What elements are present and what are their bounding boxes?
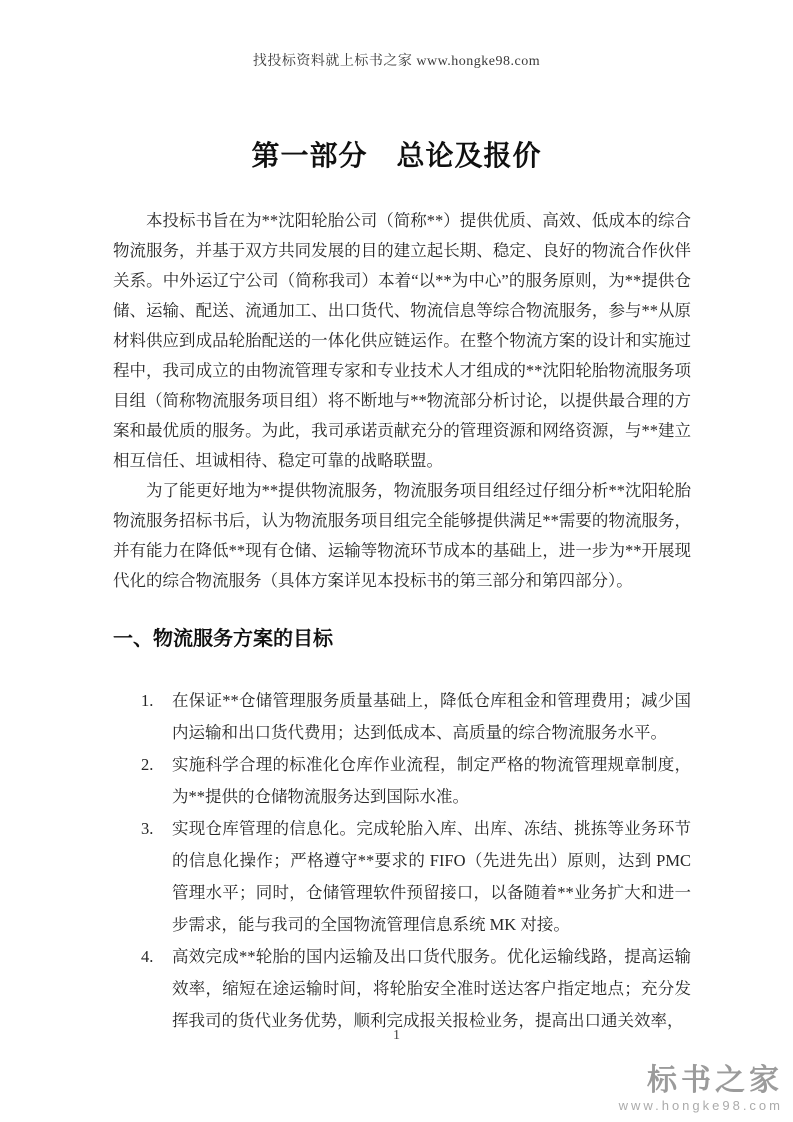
list-item-number: 3. (141, 813, 153, 845)
section-heading-goals: 一、物流服务方案的目标 (113, 622, 691, 651)
watermark-logo: 标书之家 (619, 1066, 783, 1096)
watermark-url: www.hongke98.com (619, 1098, 783, 1114)
watermark: 标书之家 www.hongke98.com (619, 1066, 783, 1114)
list-item: 2. 实施科学合理的标准化仓库作业流程，制定严格的物流管理规章制度，为**提供的… (113, 749, 691, 813)
paragraph-analysis: 为了能更好地为**提供物流服务，物流服务项目组经过仔细分析**沈阳轮胎物流服务招… (113, 476, 691, 596)
document-title: 第一部分 总论及报价 (0, 134, 793, 174)
list-item-number: 1. (141, 685, 153, 717)
page-number: 1 (0, 1028, 793, 1044)
list-item: 3. 实现仓库管理的信息化。完成轮胎入库、出库、冻结、挑拣等业务环节的信息化操作… (113, 813, 691, 941)
goals-list: 1. 在保证**仓储管理服务质量基础上，降低仓库租金和管理费用；减少国内运输和出… (113, 685, 691, 1037)
list-item-text: 实施科学合理的标准化仓库作业流程，制定严格的物流管理规章制度，为**提供的仓储物… (172, 755, 691, 806)
list-item: 4. 高效完成**轮胎的国内运输及出口货代服务。优化运输线路，提高运输效率，缩短… (113, 941, 691, 1037)
list-item-text: 高效完成**轮胎的国内运输及出口货代服务。优化运输线路，提高运输效率，缩短在途运… (172, 947, 691, 1030)
list-item-text: 在保证**仓储管理服务质量基础上，降低仓库租金和管理费用；减少国内运输和出口货代… (172, 691, 691, 742)
paragraph-intro: 本投标书旨在为**沈阳轮胎公司（简称**）提供优质、高效、低成本的综合物流服务，… (113, 206, 691, 476)
list-item-number: 4. (141, 941, 153, 973)
list-item-number: 2. (141, 749, 153, 781)
list-item-text: 实现仓库管理的信息化。完成轮胎入库、出库、冻结、挑拣等业务环节的信息化操作；严格… (172, 819, 691, 934)
list-item: 1. 在保证**仓储管理服务质量基础上，降低仓库租金和管理费用；减少国内运输和出… (113, 685, 691, 749)
header-slogan: 找投标资料就上标书之家 www.hongke98.com (0, 0, 793, 70)
document-body: 本投标书旨在为**沈阳轮胎公司（简称**）提供优质、高效、低成本的综合物流服务，… (113, 206, 691, 1037)
document-page: 找投标资料就上标书之家 www.hongke98.com 第一部分 总论及报价 … (0, 0, 793, 1122)
